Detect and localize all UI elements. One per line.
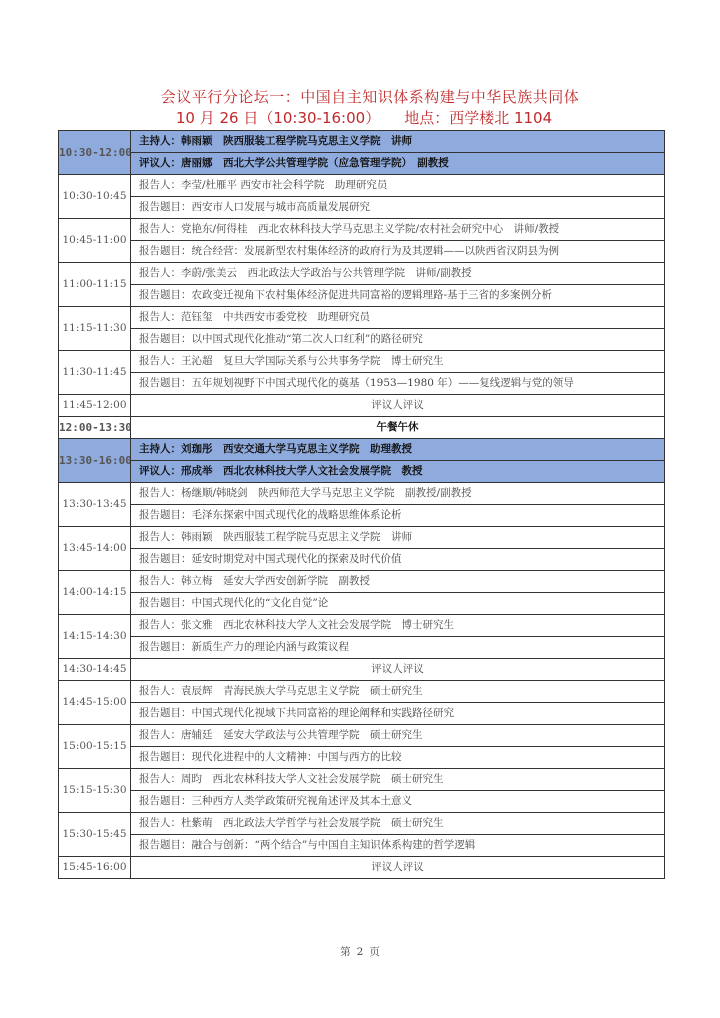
review-time: 14:30-14:45 — [59, 659, 131, 681]
table-row: 11:00-11:15报告人：李蔚/张美云 西北政法大学政治与公共管理学院 讲师… — [59, 263, 665, 285]
slot-time: 13:30-13:45 — [59, 483, 131, 527]
table-row: 报告题目：新质生产力的理论内涵与政策议程 — [59, 637, 665, 659]
session-commentator: 评议人：邢成举 西北农林科技大学人文社会发展学院 教授 — [131, 461, 665, 483]
slot-speaker: 报告人：王沁超 复旦大学国际关系与公共事务学院 博士研究生 — [131, 351, 665, 373]
table-row: 报告题目：统合经营：发展新型农村集体经济的政府行为及其逻辑——以陕西省汉阴县为例 — [59, 241, 665, 263]
table-row: 报告题目：融合与创新：“两个结合”与中国自主知识体系构建的哲学逻辑 — [59, 835, 665, 857]
session-time: 10:30-12:00 — [59, 131, 131, 175]
slot-speaker: 报告人：李蔚/张美云 西北政法大学政治与公共管理学院 讲师/副教授 — [131, 263, 665, 285]
slot-speaker: 报告人：唐辅廷 延安大学政法与公共管理学院 硕士研究生 — [131, 725, 665, 747]
table-row: 10:30-10:45报告人：李莹/杜雁平 西安市社会科学院 助理研究员 — [59, 175, 665, 197]
slot-speaker: 报告人：杨继顺/韩晓剑 陕西师范大学马克思主义学院 副教授/副教授 — [131, 483, 665, 505]
slot-time: 10:30-10:45 — [59, 175, 131, 219]
slot-time: 10:45-11:00 — [59, 219, 131, 263]
table-row: 14:00-14:15报告人：韩立梅 延安大学西安创新学院 副教授 — [59, 571, 665, 593]
table-row: 报告题目：延安时期党对中国式现代化的探索及时代价值 — [59, 549, 665, 571]
table-row: 14:15-14:30报告人：张文雅 西北农林科技大学人文社会发展学院 博士研究… — [59, 615, 665, 637]
page-number: 2 — [357, 946, 364, 958]
session-commentator-row: 评议人：邢成举 西北农林科技大学人文社会发展学院 教授 — [59, 461, 665, 483]
slot-topic: 报告题目：中国式现代化视域下共同富裕的理论阐释和实践路径研究 — [131, 703, 665, 725]
slot-speaker: 报告人：杜紫萌 西北政法大学哲学与社会发展学院 硕士研究生 — [131, 813, 665, 835]
page-footer: 第2页 — [0, 944, 720, 959]
slot-topic: 报告题目：以中国式现代化推动“第二次人口红利”的路径研究 — [131, 329, 665, 351]
slot-topic: 报告题目：农政变迁视角下农村集体经济促进共同富裕的逻辑理路-基于三省的多案例分析 — [131, 285, 665, 307]
table-row: 报告题目：现代化进程中的人文精神：中国与西方的比较 — [59, 747, 665, 769]
review-row: 15:45-16:00评议人评议 — [59, 857, 665, 879]
table-row: 报告题目：中国式现代化的“文化自觉”论 — [59, 593, 665, 615]
review-row: 14:30-14:45评议人评议 — [59, 659, 665, 681]
slot-topic: 报告题目：融合与创新：“两个结合”与中国自主知识体系构建的哲学逻辑 — [131, 835, 665, 857]
table-row: 报告题目：西安市人口发展与城市高质量发展研究 — [59, 197, 665, 219]
slot-topic: 报告题目：现代化进程中的人文精神：中国与西方的比较 — [131, 747, 665, 769]
table-row: 10:45-11:00报告人：党艳东/何得桂 西北农林科技大学马克思主义学院/农… — [59, 219, 665, 241]
slot-topic: 报告题目：新质生产力的理论内涵与政策议程 — [131, 637, 665, 659]
table-row: 11:30-11:45报告人：王沁超 复旦大学国际关系与公共事务学院 博士研究生 — [59, 351, 665, 373]
slot-topic: 报告题目：三种西方人类学政策研究视角述评及其本土意义 — [131, 791, 665, 813]
slot-time: 15:00-15:15 — [59, 725, 131, 769]
slot-speaker: 报告人：张文雅 西北农林科技大学人文社会发展学院 博士研究生 — [131, 615, 665, 637]
forum-location: 地点：西学楼北 1104 — [404, 109, 552, 127]
slot-speaker: 报告人：周昀 西北农林科技大学人文社会发展学院 硕士研究生 — [131, 769, 665, 791]
table-row: 报告题目：毛泽东探索中国式现代化的战略思维体系论析 — [59, 505, 665, 527]
slot-speaker: 报告人：李莹/杜雁平 西安市社会科学院 助理研究员 — [131, 175, 665, 197]
forum-date: 10 月 26 日（10:30-16:00） — [176, 109, 380, 127]
session-host-row: 13:30-16:00 主持人：刘珈彤 西安交通大学马克思主义学院 助理教授 — [59, 439, 665, 461]
review-label: 评议人评议 — [131, 857, 665, 879]
session-commentator-row: 评议人：唐丽娜 西北大学公共管理学院（应急管理学院） 副教授 — [59, 153, 665, 175]
slot-time: 14:15-14:30 — [59, 615, 131, 659]
table-row: 13:45-14:00报告人：韩雨颖 陕西服装工程学院马克思主义学院 讲师 — [59, 527, 665, 549]
session-host-row: 10:30-12:00 主持人：韩雨颖 陕西服装工程学院马克思主义学院 讲师 — [59, 131, 665, 153]
slot-topic: 报告题目：中国式现代化的“文化自觉”论 — [131, 593, 665, 615]
table-row: 报告题目：农政变迁视角下农村集体经济促进共同富裕的逻辑理路-基于三省的多案例分析 — [59, 285, 665, 307]
table-row: 13:30-13:45报告人：杨继顺/韩晓剑 陕西师范大学马克思主义学院 副教授… — [59, 483, 665, 505]
slot-time: 11:30-11:45 — [59, 351, 131, 395]
slot-time: 11:15-11:30 — [59, 307, 131, 351]
slot-topic: 报告题目：统合经营：发展新型农村集体经济的政府行为及其逻辑——以陕西省汉阴县为例 — [131, 241, 665, 263]
review-label: 评议人评议 — [131, 395, 665, 417]
session-time: 13:30-16:00 — [59, 439, 131, 483]
table-row: 报告题目：三种西方人类学政策研究视角述评及其本土意义 — [59, 791, 665, 813]
review-time: 11:45-12:00 — [59, 395, 131, 417]
slot-time: 13:45-14:00 — [59, 527, 131, 571]
slot-time: 14:45-15:00 — [59, 681, 131, 725]
slot-speaker: 报告人：韩雨颖 陕西服装工程学院马克思主义学院 讲师 — [131, 527, 665, 549]
slot-speaker: 报告人：党艳东/何得桂 西北农林科技大学马克思主义学院/农村社会研究中心 讲师/… — [131, 219, 665, 241]
table-row: 11:15-11:30报告人：范钰玺 中共西安市委党校 助理研究员 — [59, 307, 665, 329]
table-row: 报告题目：以中国式现代化推动“第二次人口红利”的路径研究 — [59, 329, 665, 351]
footer-suffix: 页 — [369, 946, 380, 958]
break-row: 12:00-13:30午餐午休 — [59, 417, 665, 439]
slot-time: 11:00-11:15 — [59, 263, 131, 307]
session-host: 主持人：刘珈彤 西安交通大学马克思主义学院 助理教授 — [131, 439, 665, 461]
schedule-table: 10:30-12:00 主持人：韩雨颖 陕西服装工程学院马克思主义学院 讲师 评… — [58, 130, 665, 879]
slot-topic: 报告题目：毛泽东探索中国式现代化的战略思维体系论析 — [131, 505, 665, 527]
slot-topic: 报告题目：五年规划视野下中国式现代化的奠基（1953—1980 年）——复线逻辑… — [131, 373, 665, 395]
review-row: 11:45-12:00评议人评议 — [59, 395, 665, 417]
footer-prefix: 第 — [340, 946, 351, 958]
slot-time: 15:30-15:45 — [59, 813, 131, 857]
review-time: 15:45-16:00 — [59, 857, 131, 879]
table-row: 15:15-15:30报告人：周昀 西北农林科技大学人文社会发展学院 硕士研究生 — [59, 769, 665, 791]
table-row: 14:45-15:00报告人：袁辰辉 青海民族大学马克思主义学院 硕士研究生 — [59, 681, 665, 703]
break-label: 午餐午休 — [131, 417, 665, 439]
slot-topic: 报告题目：西安市人口发展与城市高质量发展研究 — [131, 197, 665, 219]
review-label: 评议人评议 — [131, 659, 665, 681]
forum-title: 会议平行分论坛一：中国自主知识体系构建与中华民族共同体 — [0, 86, 720, 107]
table-row: 报告题目：五年规划视野下中国式现代化的奠基（1953—1980 年）——复线逻辑… — [59, 373, 665, 395]
slot-speaker: 报告人：袁辰辉 青海民族大学马克思主义学院 硕士研究生 — [131, 681, 665, 703]
slot-speaker: 报告人：韩立梅 延安大学西安创新学院 副教授 — [131, 571, 665, 593]
session-host: 主持人：韩雨颖 陕西服装工程学院马克思主义学院 讲师 — [131, 131, 665, 153]
forum-subtitle: 10 月 26 日（10:30-16:00）地点：西学楼北 1104 — [0, 107, 720, 128]
slot-time: 14:00-14:15 — [59, 571, 131, 615]
slot-topic: 报告题目：延安时期党对中国式现代化的探索及时代价值 — [131, 549, 665, 571]
table-row: 15:30-15:45报告人：杜紫萌 西北政法大学哲学与社会发展学院 硕士研究生 — [59, 813, 665, 835]
table-row: 15:00-15:15报告人：唐辅廷 延安大学政法与公共管理学院 硕士研究生 — [59, 725, 665, 747]
session-commentator: 评议人：唐丽娜 西北大学公共管理学院（应急管理学院） 副教授 — [131, 153, 665, 175]
table-row: 报告题目：中国式现代化视域下共同富裕的理论阐释和实践路径研究 — [59, 703, 665, 725]
break-time: 12:00-13:30 — [59, 417, 131, 439]
slot-time: 15:15-15:30 — [59, 769, 131, 813]
slot-speaker: 报告人：范钰玺 中共西安市委党校 助理研究员 — [131, 307, 665, 329]
